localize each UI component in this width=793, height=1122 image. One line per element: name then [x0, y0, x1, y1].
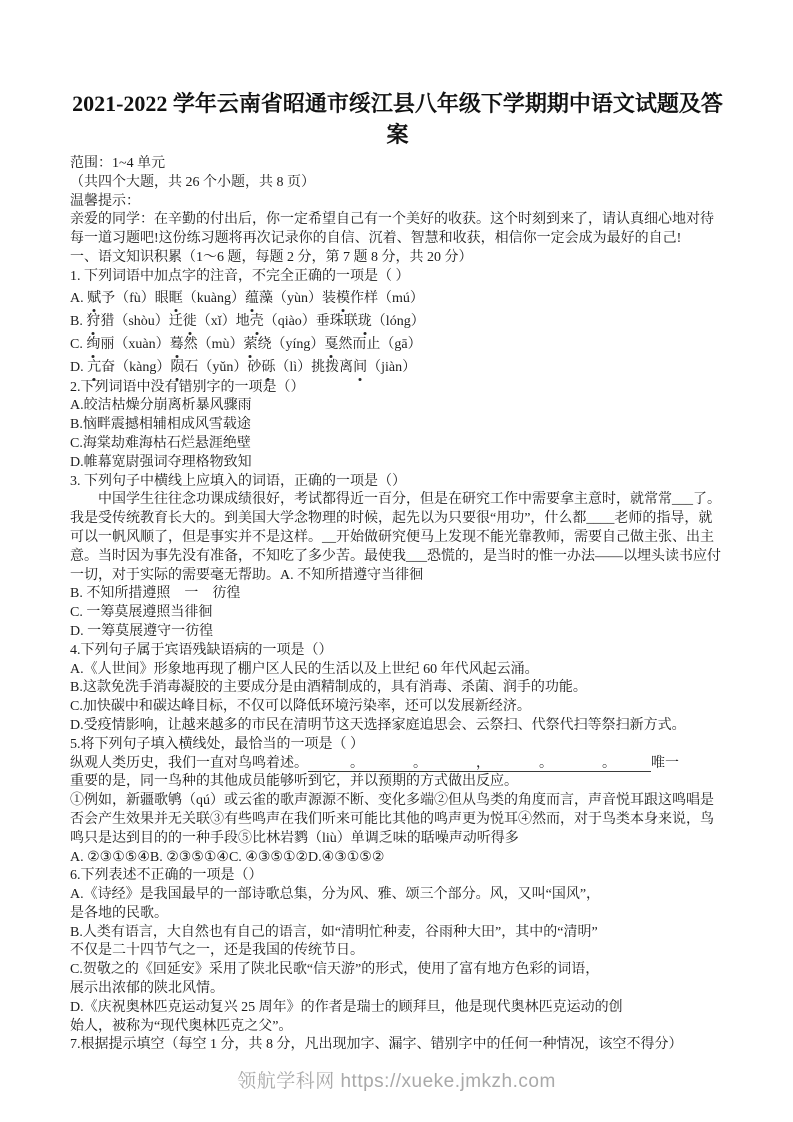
text-line: ①例如，新疆歌鸲（qú）或云雀的歌声源源不断、变化多端②但从鸟类的角度而言，声音… — [70, 792, 725, 811]
text-line: 不仅是二十四节气之一，还是我国的传统节日。 — [70, 942, 725, 961]
text-line: 可以一帆风顺了，但是事实并不是这样。__开始做研究便马上发现不能光靠教师，需要自… — [70, 529, 725, 548]
emphasized-char: 蓦 — [170, 333, 184, 356]
fill-in-blank-line: 。 。 ， 。 。 — [308, 756, 651, 772]
text-line: B.人类有语言，大自然也有自己的语言，如“清明忙种麦，谷雨种大田”，其中的“清明… — [70, 924, 725, 943]
text-line: 意。当时因为事先没有准备，不知吃了多少苦。最使我___恐慌的，是当时的惟一办法—… — [70, 548, 725, 567]
emphasized-char: 壳 — [250, 310, 264, 333]
text-line: C. 一筹莫展遵照当徘徊 — [70, 604, 725, 623]
text-line: 始人，被称为“现代奥林匹克之父”。 — [70, 1018, 725, 1037]
emphasized-char: 狩 — [86, 310, 100, 333]
text-line: 展示出浓郁的陕北风情。 — [70, 980, 725, 999]
emphasized-char: 蕴 — [245, 287, 259, 310]
text-line: A.《人世间》形象地再现了棚户区人民的生活以及上世纪 60 年代风起云涌。 — [70, 661, 725, 680]
text-line: D.帷幕宽尉强词夺理格物致知 — [70, 454, 725, 473]
text-line: 中国学生往往念功课成绩很好，考试都得近一百分，但是在研究工作中需要拿主意时，就常… — [70, 491, 725, 510]
text-line: 3. 下列句子中横线上应填入的词语，正确的一项是（） — [70, 473, 725, 492]
text-line: D.受疫情影响，让越来越多的市民在清明节这天选择家庭追思会、云祭扫、代祭代扫等祭… — [70, 717, 725, 736]
document-body: 范围：1~4 单元（共四个大题，共 26 个小题，共 8 页）温馨提示：亲爱的同… — [70, 155, 725, 1055]
text-line: A. ②③①⑤④B. ②③⑤①④C. ④③⑤①②D.④③①⑤② — [70, 849, 725, 868]
emphasized-char: 徙 — [183, 310, 197, 333]
text-line: B.恼畔震撼相辅相成风雪载途 — [70, 416, 725, 435]
text-segment: 纵观人类历史，我们一直对鸟鸣着述。 — [70, 756, 308, 771]
text-line: B. 不知所措遵照 一 彷徨 — [70, 585, 725, 604]
watermark-text: 领航学科网 https://xueke.jmkzh.com — [237, 1071, 556, 1092]
text-line: 温馨提示： — [70, 193, 725, 212]
text-line: 我是受传统教育长大的。到美国大学念物理的时候，起先以为只要很“用功”，什么都__… — [70, 510, 725, 529]
exam-page: 2021-2022 学年云南省昭通市绥江县八年级下学期期中语文试题及答案 范围：… — [0, 0, 793, 1122]
emphasized-char: 眶 — [169, 287, 183, 310]
text-line: 5.将下列句子填入横线处，最恰当的一项是（ ） — [70, 736, 725, 755]
text-line: D.《庆祝奥林匹克运动复兴 25 周年》的作者是瑞士的顾拜旦，他是现代奥林匹克运… — [70, 999, 725, 1018]
emphasized-char: 赋 — [87, 287, 101, 310]
text-line: C. 绚丽（xuàn）蓦然（mù）萦绕（yíng）戛然而止（gā） — [70, 333, 725, 356]
text-line: A. 赋予（fù）眼眶（kuàng）蕴藻（yùn）装模作样（mú） — [70, 287, 725, 310]
text-line: 亲爱的同学：在辛勤的付出后，你一定希望自己有一个美好的收获。这个时刻到来了，请认… — [70, 211, 725, 230]
emphasized-char: 珑 — [358, 310, 372, 333]
text-line: 每一道习题吧!这份练习题将再次记录你的自信、沉着、智慧和收获，相信你一定会成为最… — [70, 230, 725, 249]
text-line: B.这款免洗手消毒凝胶的主要成分是由酒精制成的，具有消毒、杀菌、润手的功能。 — [70, 679, 725, 698]
text-line: 2.下列词语中没有错别字的一项是（） — [70, 379, 725, 398]
text-line: 是各地的民歌。 — [70, 905, 725, 924]
emphasized-char: 陨 — [170, 356, 184, 379]
text-line: C.海棠劫难海枯石烂悬涯绝壁 — [70, 435, 725, 454]
text-line: 1. 下列词语中加点字的注音，不完全正确的一项是（ ） — [70, 268, 725, 287]
emphasized-char: 砾 — [261, 356, 275, 379]
text-line: 范围：1~4 单元 — [70, 155, 725, 174]
text-segment: 唯一 — [651, 756, 679, 771]
text-line: 一、语文知识积累（1～6 题，每题 2 分，第 7 题 8 分，共 20 分） — [70, 249, 725, 268]
emphasized-char: 模 — [336, 287, 350, 310]
emphasized-char: 戛 — [324, 333, 338, 356]
text-line: D. 一筹莫展遵守一彷徨 — [70, 623, 725, 642]
text-line: 7.根据提示填空（每空 1 分，共 8 分，凡出现加字、漏字、错别字中的任何一种… — [70, 1036, 725, 1055]
text-line: A.《诗经》是我国最早的一部诗歌总集，分为风、雅、颂三个部分。风，又叫“国风”， — [70, 886, 725, 905]
text-line: （共四个大题，共 26 个小题，共 8 页） — [70, 174, 725, 193]
document-content: 2021-2022 学年云南省昭通市绥江县八年级下学期期中语文试题及答案 范围：… — [70, 0, 725, 1055]
text-line: 否会产生效果并无关联③有些鸣声在我们听来可能比其他的鸣声更为悦耳④然而，对于鸟类… — [70, 811, 725, 830]
emphasized-char: 绚 — [86, 333, 100, 356]
text-line: C.贺敬之的《回延安》采用了陕北民歌“信天游”的形式，使用了富有地方色彩的词语， — [70, 961, 725, 980]
text-line: 重要的是，同一鸟种的其他成员能够听到它，并以预期的方式做出反应。 — [70, 773, 725, 792]
text-line: C.加快碳中和碳达峰目标，不仅可以降低环境污染率，还可以发展新经济。 — [70, 698, 725, 717]
text-line: A.皎洁枯燥分崩离析暴风骤雨 — [70, 397, 725, 416]
emphasized-char: 间 — [353, 356, 367, 379]
emphasized-char: 亢 — [87, 356, 101, 379]
watermark: 领航学科网 https://xueke.jmkzh.com — [0, 1066, 793, 1093]
text-line: B. 狩猎（shòu）迁徙（xǐ）地壳（qiào）垂珠联珑（lóng） — [70, 310, 725, 333]
document-title: 2021-2022 学年云南省昭通市绥江县八年级下学期期中语文试题及答案 — [70, 88, 725, 150]
text-line: 6.下列表述不正确的一项是（） — [70, 867, 725, 886]
emphasized-char: 萦 — [243, 333, 257, 356]
text-line: 4.下列句子属于宾语残缺语病的一项是（） — [70, 642, 725, 661]
text-line: 一切，对于实际的需要毫无帮助。A. 不知所措遵守当徘徊 — [70, 567, 725, 586]
text-line: 鸣只是达到目的的一种手段⑤比林岩鹨（liù）单调乏味的聒噪声动听得多 — [70, 830, 725, 849]
text-line: D. 亢奋（kàng）陨石（yǔn）砂砾（lì）挑拨离间（jiàn） — [70, 356, 725, 379]
text-line: 纵观人类历史，我们一直对鸟鸣着述。 。 。 ， 。 。 唯一 — [70, 755, 725, 774]
